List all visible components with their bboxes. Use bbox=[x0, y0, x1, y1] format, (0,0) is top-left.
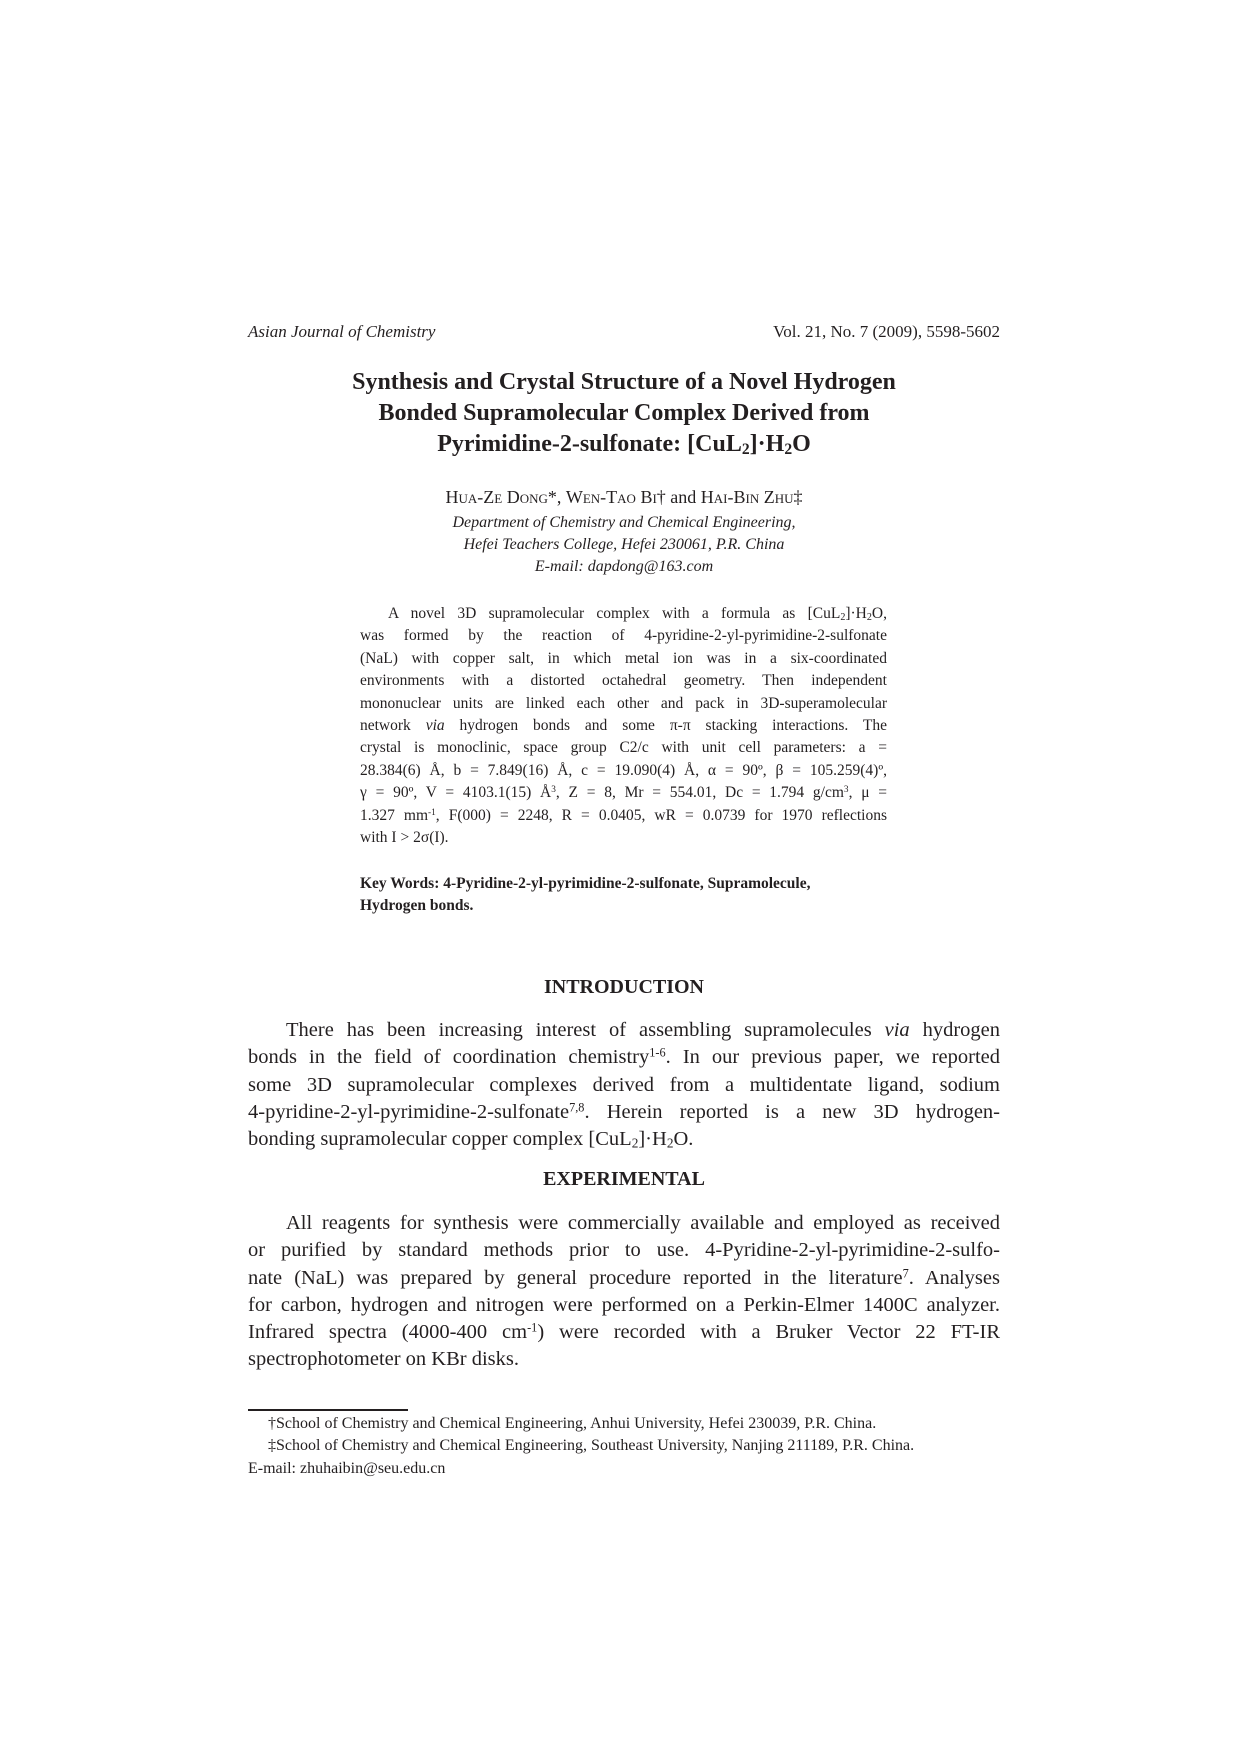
abstract-line: A novel 3D supramolecular complex with a… bbox=[360, 603, 887, 625]
body-line: All reagents for synthesis were commerci… bbox=[248, 1210, 1000, 1237]
title-line: Synthesis and Crystal Structure of a Nov… bbox=[248, 367, 1000, 398]
citation-superscript[interactable]: 1-6 bbox=[649, 1046, 665, 1060]
body-line: some 3D supramolecular complexes derived… bbox=[248, 1072, 1000, 1099]
subscript: 2 bbox=[742, 441, 750, 458]
paper-page: Asian Journal of Chemistry Vol. 21, No. … bbox=[0, 0, 1240, 1755]
text: O, bbox=[872, 605, 887, 622]
author-name: Wen-Tao Bi bbox=[566, 487, 657, 507]
text: hydrogen bonds and some π-π stacking int… bbox=[445, 717, 887, 734]
affiliation: Department of Chemistry and Chemical Eng… bbox=[248, 512, 1000, 578]
text: There has been increasing interest of as… bbox=[286, 1019, 885, 1041]
author-mark: * bbox=[548, 487, 557, 507]
experimental-paragraph: All reagents for synthesis were commerci… bbox=[248, 1210, 1000, 1374]
body-line: or purified by standard methods prior to… bbox=[248, 1237, 1000, 1264]
text: hydrogen bbox=[910, 1019, 1000, 1041]
subscript: 2 bbox=[784, 441, 792, 458]
body-line: bonds in the field of coordination chemi… bbox=[248, 1044, 1000, 1071]
abstract-line: (NaL) with copper salt, in which metal i… bbox=[360, 648, 887, 670]
introduction-paragraph: There has been increasing interest of as… bbox=[248, 1017, 1000, 1153]
body-line: There has been increasing interest of as… bbox=[248, 1017, 1000, 1044]
text: ) were recorded with a Bruker Vector 22 … bbox=[537, 1321, 1000, 1343]
body-line: nate (NaL) was prepared by general proce… bbox=[248, 1265, 1000, 1292]
keywords-line: Hydrogen bonds. bbox=[360, 895, 887, 917]
affiliation-department: Department of Chemistry and Chemical Eng… bbox=[248, 512, 1000, 534]
footnotes: †School of Chemistry and Chemical Engine… bbox=[248, 1413, 1000, 1480]
abstract-line: mononuclear units are linked each other … bbox=[360, 693, 887, 715]
superscript: -1 bbox=[527, 1320, 537, 1334]
text: γ = 90º, V = 4103.1(15) Å bbox=[360, 784, 551, 801]
footnote-email[interactable]: E-mail: zhuhaibin@seu.edu.cn bbox=[248, 1458, 1000, 1480]
abstract-line: environments with a distorted octahedral… bbox=[360, 670, 887, 692]
running-head: Asian Journal of Chemistry Vol. 21, No. … bbox=[248, 322, 1000, 346]
text: ]·H bbox=[638, 1128, 666, 1150]
text: 4-pyridine-2-yl-pyrimidine-2-sulfonate bbox=[248, 1101, 569, 1123]
text: A novel 3D supramolecular complex with a… bbox=[388, 605, 840, 622]
abstract-line: network via hydrogen bonds and some π-π … bbox=[360, 715, 887, 737]
abstract-line: γ = 90º, V = 4103.1(15) Å3, Z = 8, Mr = … bbox=[360, 782, 887, 804]
text: nate (NaL) was prepared by general proce… bbox=[248, 1267, 903, 1289]
text: . Herein reported is a new 3D hydrogen- bbox=[584, 1101, 1000, 1123]
citation-superscript[interactable]: 7,8 bbox=[569, 1100, 584, 1114]
abstract-line: 28.384(6) Å, b = 7.849(16) Å, c = 19.090… bbox=[360, 760, 887, 782]
text: network bbox=[360, 717, 426, 734]
abstract-line: was formed by the reaction of 4-pyridine… bbox=[360, 625, 887, 647]
author-mark: † bbox=[657, 487, 666, 507]
body-line: for carbon, hydrogen and nitrogen were p… bbox=[248, 1292, 1000, 1319]
author-list: Hua-Ze Dong*, Wen-Tao Bi† and Hai-Bin Zh… bbox=[248, 486, 1000, 508]
title-line: Pyrimidine-2-sulfonate: [CuL2]·H2O bbox=[248, 429, 1000, 460]
text: bonds in the field of coordination chemi… bbox=[248, 1046, 649, 1068]
affiliation-institution: Hefei Teachers College, Hefei 230061, P.… bbox=[248, 534, 1000, 556]
section-heading-experimental: EXPERIMENTAL bbox=[248, 1168, 1000, 1191]
author-mark: ‡ bbox=[794, 487, 803, 507]
abstract-line: crystal is monoclinic, space group C2/c … bbox=[360, 737, 887, 759]
body-line: bonding supramolecular copper complex [C… bbox=[248, 1126, 1000, 1153]
text: , μ = bbox=[849, 784, 887, 801]
footnote-1: †School of Chemistry and Chemical Engine… bbox=[248, 1413, 1000, 1435]
author-name: Hua-Ze Dong bbox=[445, 487, 547, 507]
abstract: A novel 3D supramolecular complex with a… bbox=[360, 603, 887, 849]
text: . In our previous paper, we reported bbox=[666, 1046, 1000, 1068]
abstract-line: with I > 2σ(I). bbox=[360, 827, 887, 849]
text: , F(000) = 2248, R = 0.0405, wR = 0.0739… bbox=[436, 807, 887, 824]
body-line: 4-pyridine-2-yl-pyrimidine-2-sulfonate7,… bbox=[248, 1099, 1000, 1126]
title-text: Pyrimidine-2-sulfonate: [CuL bbox=[437, 431, 742, 457]
title-line: Bonded Supramolecular Complex Derived fr… bbox=[248, 398, 1000, 429]
body-line: Infrared spectra (4000-400 cm-1) were re… bbox=[248, 1319, 1000, 1346]
separator: and bbox=[666, 487, 701, 507]
superscript: -1 bbox=[428, 807, 436, 817]
text: 1.327 mm bbox=[360, 807, 428, 824]
section-heading-introduction: INTRODUCTION bbox=[248, 976, 1000, 999]
volume-info: Vol. 21, No. 7 (2009), 5598-5602 bbox=[773, 322, 1000, 342]
journal-name: Asian Journal of Chemistry bbox=[248, 322, 435, 342]
keywords: Key Words: 4-Pyridine-2-yl-pyrimidine-2-… bbox=[360, 873, 887, 918]
text: O. bbox=[673, 1128, 693, 1150]
italic-text: via bbox=[885, 1019, 910, 1041]
text: , Z = 8, Mr = 554.01, Dc = 1.794 g/cm bbox=[556, 784, 844, 801]
title-text: O bbox=[792, 431, 811, 457]
footnote-divider bbox=[248, 1409, 408, 1411]
affiliation-email[interactable]: E-mail: dapdong@163.com bbox=[248, 556, 1000, 578]
body-line: spectrophotometer on KBr disks. bbox=[248, 1346, 1000, 1373]
text: . Analyses bbox=[909, 1267, 1000, 1289]
abstract-line: 1.327 mm-1, F(000) = 2248, R = 0.0405, w… bbox=[360, 805, 887, 827]
text: ]·H bbox=[845, 605, 867, 622]
text: bonding supramolecular copper complex [C… bbox=[248, 1128, 632, 1150]
author-name: Hai-Bin Zhu bbox=[701, 487, 794, 507]
italic-text: via bbox=[426, 717, 445, 734]
text: Infrared spectra (4000-400 cm bbox=[248, 1321, 527, 1343]
footnote-2: ‡School of Chemistry and Chemical Engine… bbox=[248, 1435, 1000, 1457]
paper-title: Synthesis and Crystal Structure of a Nov… bbox=[248, 367, 1000, 460]
separator: , bbox=[557, 487, 566, 507]
title-text: ]·H bbox=[750, 431, 785, 457]
keywords-line: Key Words: 4-Pyridine-2-yl-pyrimidine-2-… bbox=[360, 873, 887, 895]
